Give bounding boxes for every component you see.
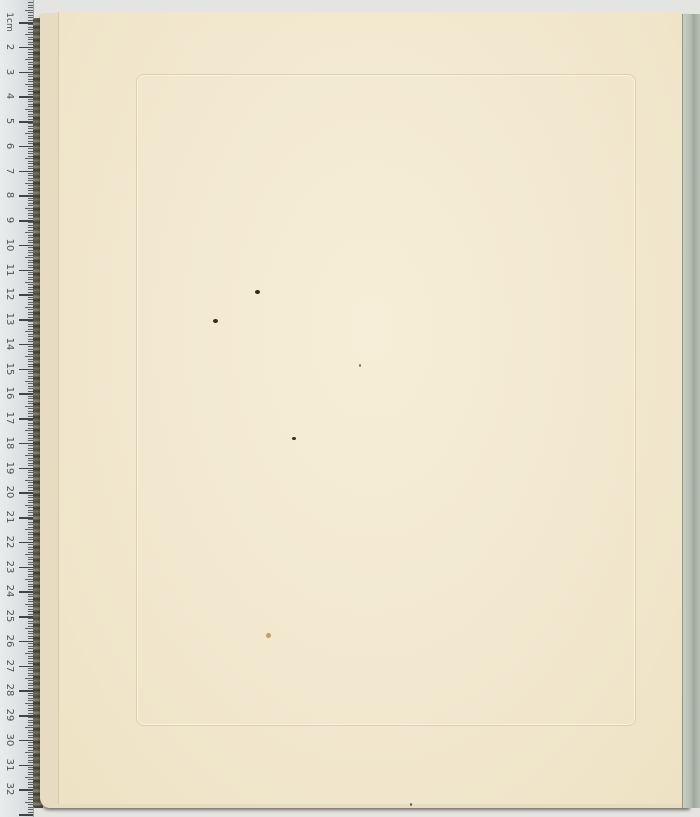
ruler-tick xyxy=(28,2,33,3)
ruler-number: 29 xyxy=(4,707,14,723)
ruler-number: 12 xyxy=(4,286,14,302)
ruler-tick xyxy=(25,232,33,233)
ruler-tick xyxy=(19,418,33,420)
ruler-number: 31 xyxy=(4,757,14,773)
foxing-spot xyxy=(266,633,271,638)
ruler-tick xyxy=(25,381,33,382)
ruler-number: 24 xyxy=(4,583,14,599)
ruler-tick xyxy=(25,505,33,506)
ruler-tick xyxy=(19,567,33,569)
ruler-tick xyxy=(25,554,33,555)
ruler-number: 14 xyxy=(4,336,14,352)
ruler-number: 17 xyxy=(4,410,14,426)
ruler-tick xyxy=(25,752,33,753)
ruler-tick xyxy=(25,480,33,481)
ruler-number: 10 xyxy=(4,237,14,253)
measurement-ruler: 1cm2345678910111213141516171819202122232… xyxy=(0,0,34,817)
ruler-number: 18 xyxy=(4,435,14,451)
ruler-number: 13 xyxy=(4,311,14,327)
ruler-tick xyxy=(19,740,33,742)
ruler-tick xyxy=(25,455,33,456)
ruler-number: 3 xyxy=(4,64,14,80)
ruler-tick xyxy=(25,430,33,431)
ruler-tick xyxy=(25,703,33,704)
ruler-tick xyxy=(19,715,33,717)
ruler-tick xyxy=(19,294,33,296)
ruler-tick xyxy=(28,812,33,813)
ruler-tick xyxy=(25,678,33,679)
ruler-tick xyxy=(19,393,33,395)
ruler-number: 32 xyxy=(4,781,14,797)
ruler-number: 23 xyxy=(4,559,14,575)
ruler-number: 30 xyxy=(4,732,14,748)
ruler-tick xyxy=(25,406,33,407)
ruler-tick xyxy=(19,492,33,494)
ruler-tick xyxy=(19,765,33,767)
ruler-tick xyxy=(25,307,33,308)
ruler-tick xyxy=(28,5,33,6)
plate-mark xyxy=(136,74,636,726)
ruler-number: 25 xyxy=(4,608,14,624)
ruler-tick xyxy=(25,356,33,357)
ruler-number: 6 xyxy=(4,138,14,154)
ruler-tick xyxy=(25,257,33,258)
ruler-tick xyxy=(25,529,33,530)
ruler-tick xyxy=(19,641,33,643)
ruler-tick xyxy=(19,171,33,173)
ruler-tick xyxy=(19,270,33,272)
ruler-tick xyxy=(19,47,33,49)
ruler-tick xyxy=(25,158,33,159)
ruler-tick xyxy=(19,468,33,470)
ruler-tick xyxy=(25,727,33,728)
ruler-tick xyxy=(25,133,33,134)
ruler-tick xyxy=(19,814,33,816)
ruler-number: 11 xyxy=(4,262,14,278)
ruler-tick xyxy=(19,96,33,98)
ruler-tick xyxy=(25,183,33,184)
foxing-spot xyxy=(410,803,412,806)
ruler-number: 16 xyxy=(4,385,14,401)
ruler-tick xyxy=(25,109,33,110)
ruler-number: 5 xyxy=(4,113,14,129)
ruler-tick xyxy=(25,604,33,605)
ruler-tick xyxy=(19,517,33,519)
ruler-tick xyxy=(25,628,33,629)
ruler-tick xyxy=(25,10,33,11)
ruler-number: 26 xyxy=(4,633,14,649)
ruler-tick xyxy=(19,690,33,692)
ruler-tick xyxy=(19,146,33,148)
ruler-tick xyxy=(25,653,33,654)
ruler-tick xyxy=(25,802,33,803)
foxing-spot xyxy=(255,290,260,294)
ruler-tick xyxy=(19,319,33,321)
ruler-tick xyxy=(28,809,33,810)
ruler-number: 8 xyxy=(4,187,14,203)
ruler-tick xyxy=(19,666,33,668)
ruler-tick xyxy=(25,34,33,35)
foxing-spot xyxy=(359,364,361,367)
ruler-tick xyxy=(28,7,33,8)
ruler-tick xyxy=(19,195,33,197)
ruler-tick xyxy=(19,789,33,791)
ruler-tick xyxy=(28,17,33,18)
blank-page xyxy=(58,12,683,804)
ruler-number: 2 xyxy=(4,39,14,55)
ruler-tick xyxy=(19,443,33,445)
ruler-number: 27 xyxy=(4,658,14,674)
ruler-tick xyxy=(25,208,33,209)
ruler-number: 7 xyxy=(4,163,14,179)
ruler-tick xyxy=(25,579,33,580)
ruler-tick xyxy=(28,12,33,13)
ruler-tick xyxy=(19,344,33,346)
ruler-number: 22 xyxy=(4,534,14,550)
show-through-text xyxy=(137,145,635,185)
ruler-tick xyxy=(25,84,33,85)
ruler-tick xyxy=(25,777,33,778)
ruler-number: 9 xyxy=(4,212,14,228)
ruler-tick xyxy=(25,331,33,332)
ruler-number: 15 xyxy=(4,361,14,377)
foxing-spot xyxy=(292,437,296,440)
ruler-tick xyxy=(25,282,33,283)
ruler-tick xyxy=(19,369,33,371)
ruler-tick xyxy=(19,22,33,24)
ruler-number: 4 xyxy=(4,88,14,104)
foxing-spot xyxy=(213,319,218,323)
ruler-tick xyxy=(19,245,33,247)
ruler-tick xyxy=(19,542,33,544)
ruler-tick xyxy=(28,15,33,16)
ruler-tick xyxy=(19,591,33,593)
ruler-number: 28 xyxy=(4,682,14,698)
ruler-tick xyxy=(25,59,33,60)
book-spine xyxy=(682,14,700,808)
ruler-number: 1cm xyxy=(4,11,14,33)
ruler-number: 20 xyxy=(4,484,14,500)
ruler-number: 19 xyxy=(4,460,14,476)
ruler-tick xyxy=(19,220,33,222)
ruler-number: 21 xyxy=(4,509,14,525)
ruler-tick xyxy=(19,121,33,123)
ruler-tick xyxy=(19,616,33,618)
ruler-tick xyxy=(19,72,33,74)
